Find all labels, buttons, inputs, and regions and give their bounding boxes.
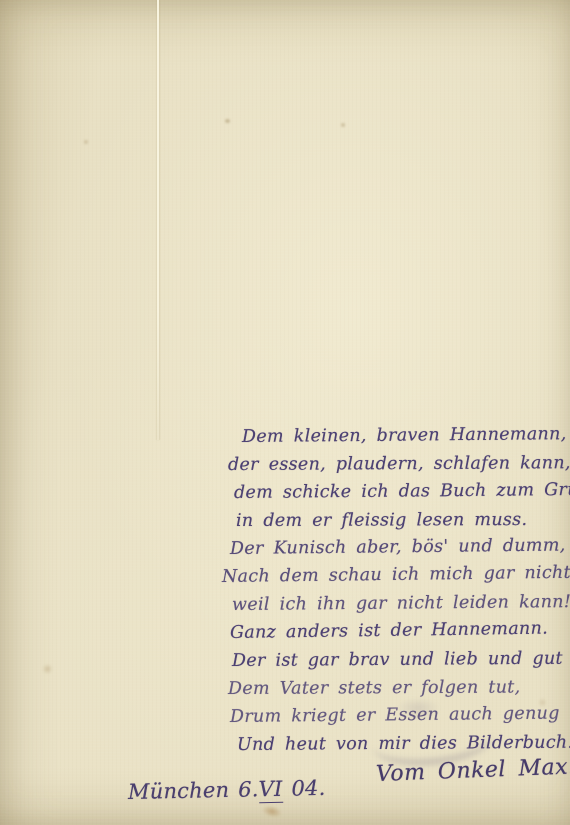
poem-line: Der Kunisch aber, bös' und dumm, [230,531,570,563]
poem-line: in dem er fleissig lesen muss. [236,506,570,535]
date-year: 04. [291,776,325,801]
foxing-spot [261,804,283,820]
poem-line: Und heut von mir dies Bilderbuch. [237,728,570,759]
poem-line: Ganz anders ist der Hannemann. [230,614,570,647]
poem-line: der essen, plaudern, schlafen kann, [228,449,570,479]
poem-line: Nach dem schau ich mich gar nicht um, [222,558,570,591]
poem-line: Dem kleinen, braven Hannemann, [242,420,570,451]
foxing-spot [42,664,53,674]
date-city: München [128,778,230,804]
foxing-spot [225,119,230,123]
poem-line: Dem Vater stets er folgen tut, [228,673,570,703]
foxing-spot [341,123,345,127]
date-day: 6. [238,777,259,801]
date-month: VI [258,777,282,803]
fold-crease-line [157,0,159,440]
foxing-spot [84,140,88,144]
manuscript-page: Dem kleinen, braven Hannemann, der essen… [0,0,570,825]
date-line: München6.VI04. [128,776,326,804]
poem-line: dem schicke ich das Buch zum Gruss, [234,476,570,507]
poem-line: Drum kriegt er Essen auch genug [230,699,570,731]
poem-block: Dem kleinen, braven Hannemann, der essen… [222,423,570,759]
poem-line: Der ist gar brav und lieb und gut [232,644,570,675]
